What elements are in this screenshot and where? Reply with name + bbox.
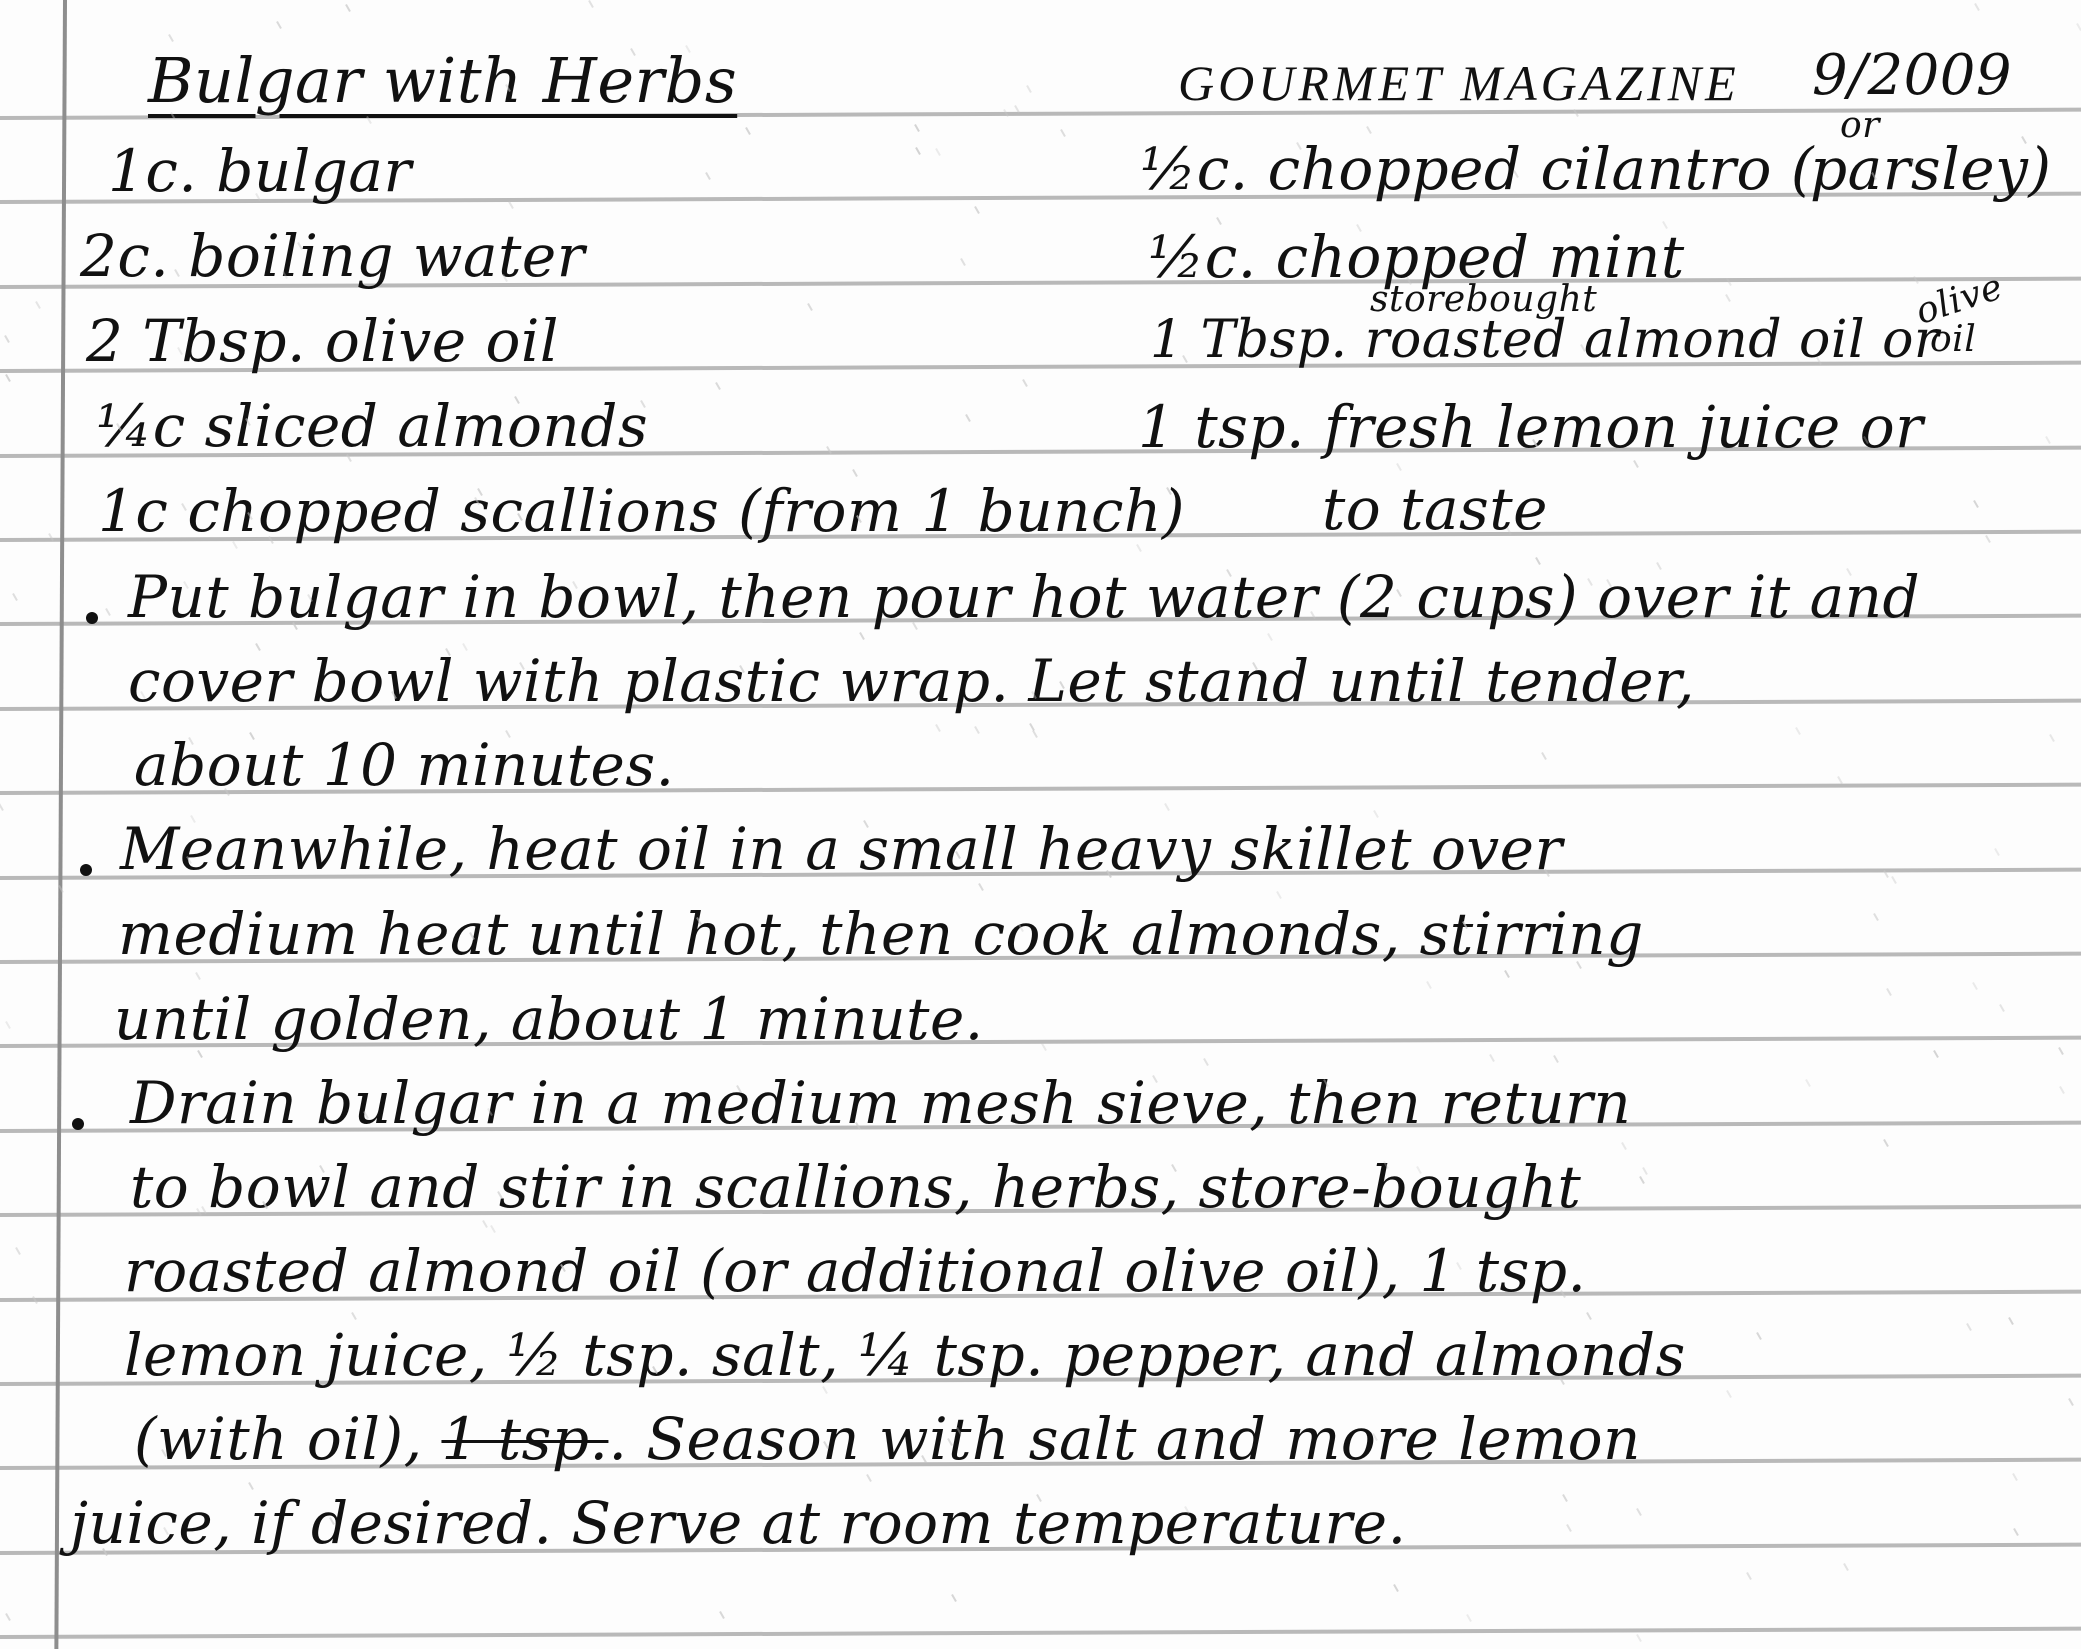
speck — [745, 127, 751, 135]
margin-line — [54, 0, 67, 1649]
speck — [490, 1225, 496, 1233]
speck — [4, 335, 10, 343]
struck-text: 1 tsp. — [441, 1405, 608, 1473]
speck — [105, 608, 111, 616]
speck — [974, 726, 980, 734]
step-text: (with oil), — [134, 1405, 423, 1473]
step-line: Meanwhile, heat oil in a small heavy ski… — [120, 820, 1563, 878]
speck — [1843, 1563, 1849, 1571]
speck — [168, 34, 174, 42]
step-line: medium heat until hot, then cook almonds… — [118, 905, 1644, 963]
speck — [0, 803, 4, 811]
speck — [508, 201, 514, 209]
ingredient-right: to taste — [1322, 480, 1548, 538]
speck — [1060, 129, 1066, 137]
speck — [15, 1247, 21, 1255]
step-line: (with oil), 1 tsp.. Season with salt and… — [134, 1410, 1641, 1468]
speck — [1805, 1079, 1811, 1087]
speck — [1203, 1058, 1209, 1066]
speck — [1999, 1004, 2005, 1012]
speck — [915, 147, 921, 155]
step-line: to bowl and stir in scallions, herbs, st… — [130, 1158, 1581, 1216]
step-text: . Season with salt and more lemon — [608, 1405, 1640, 1473]
speck — [1974, 3, 1980, 11]
speck — [35, 301, 41, 309]
speck — [5, 374, 11, 382]
step-line: cover bowl with plastic wrap. Let stand … — [128, 652, 1695, 710]
speck — [1725, 294, 1731, 302]
speck — [1396, 463, 1402, 471]
speck — [1562, 1494, 1568, 1502]
speck — [1164, 803, 1170, 811]
speck — [1032, 730, 1038, 738]
speck — [2049, 734, 2055, 742]
recipe-source: GOURMET MAGAZINE — [1178, 58, 1740, 108]
speck — [935, 148, 941, 156]
speck — [719, 1611, 725, 1619]
speck — [1267, 633, 1273, 641]
speck — [2059, 1086, 2065, 1094]
recipe-date: 9/2009 — [1812, 48, 2012, 104]
speck — [1933, 1050, 1939, 1058]
step-line: juice, if desired. Serve at room tempera… — [70, 1494, 1407, 1552]
ruled-line — [0, 1627, 2081, 1639]
speck — [1994, 848, 2000, 856]
speck — [1985, 535, 1991, 543]
speck — [1891, 876, 1897, 884]
speck — [1795, 727, 1801, 735]
speck — [1636, 1508, 1642, 1516]
speck — [807, 303, 813, 311]
speck — [859, 632, 865, 640]
ingredient-note: parsley) — [1810, 140, 2051, 198]
step-line: lemon juice, ½ tsp. salt, ¼ tsp. pepper,… — [124, 1326, 1686, 1384]
speck — [1586, 1312, 1592, 1320]
step-line: Drain bulgar in a medium mesh sieve, the… — [130, 1074, 1631, 1132]
speck — [1541, 752, 1547, 760]
speck — [974, 206, 980, 214]
speck — [1504, 970, 1510, 978]
speck — [1393, 1584, 1399, 1592]
speck — [5, 1021, 11, 1029]
speck — [852, 469, 858, 477]
speck — [1883, 1139, 1889, 1147]
speck — [195, 972, 201, 980]
bullet-icon — [86, 612, 98, 624]
bullet-icon — [80, 864, 92, 876]
ingredient-left: 2c. boiling water — [80, 227, 585, 285]
speck — [1621, 1142, 1627, 1150]
speck — [866, 1474, 872, 1482]
speck — [5, 1613, 11, 1621]
ingredient-right: 1 tsp. fresh lemon juice or — [1138, 398, 1923, 456]
bullet-icon — [72, 1118, 84, 1130]
step-line: roasted almond oil (or additional olive … — [124, 1242, 1586, 1300]
speck — [960, 258, 966, 266]
speck — [1466, 1614, 1472, 1622]
ingredient-right: ½c. chopped mint — [1148, 228, 1685, 286]
speck — [1366, 126, 1372, 134]
ingredient-left: 1c chopped scallions (from 1 bunch) — [98, 482, 1185, 540]
speck — [2068, 1398, 2074, 1406]
recipe-title: Bulgar with Herbs — [148, 50, 737, 112]
speck — [1756, 1332, 1762, 1340]
speck — [1639, 1176, 1645, 1184]
speck — [1726, 1390, 1732, 1398]
speck — [1636, 1634, 1642, 1642]
speck — [1873, 913, 1879, 921]
speck — [2013, 1528, 2019, 1536]
speck — [965, 414, 971, 422]
speck — [1886, 988, 1892, 996]
speck — [1022, 379, 1028, 387]
ingredient-note: oil — [1930, 322, 1976, 358]
speck — [12, 593, 18, 601]
ingredient-left: 2 Tbsp. olive oil — [86, 312, 559, 370]
speck — [1041, 1043, 1047, 1051]
speck — [1276, 891, 1282, 899]
speck — [2045, 436, 2051, 444]
speck — [1633, 460, 1639, 468]
speck — [2076, 23, 2081, 31]
speck — [1026, 85, 1032, 93]
speck — [1566, 1524, 1572, 1532]
speck — [1973, 500, 1979, 508]
step-line: about 10 minutes. — [134, 736, 675, 794]
speck — [1746, 1572, 1752, 1580]
speck — [2058, 1047, 2064, 1055]
ingredient-right: ½c. chopped cilantro ( — [1140, 140, 1814, 198]
speck — [951, 1594, 957, 1602]
speck — [935, 724, 941, 732]
speck — [1489, 1054, 1495, 1062]
speck — [1136, 544, 1142, 552]
speck — [978, 883, 984, 891]
speck — [345, 4, 351, 12]
speck — [588, 0, 594, 8]
speck — [1972, 982, 1978, 990]
speck — [715, 382, 721, 390]
speck — [2012, 1473, 2018, 1481]
speck — [482, 1220, 488, 1228]
notebook-page: Bulgar with Herbs GOURMET MAGAZINE 9/200… — [0, 0, 2081, 1649]
speck — [276, 21, 282, 29]
speck — [1642, 1167, 1648, 1175]
step-line: until golden, about 1 minute. — [114, 990, 984, 1048]
ingredient-right: 1 Tbsp. roasted almond oil or — [1150, 314, 1939, 366]
speck — [1966, 1323, 1972, 1331]
ingredient-left: ¼c sliced almonds — [96, 397, 648, 455]
ingredient-left: 1c. bulgar — [108, 142, 412, 200]
step-line: Put bulgar in bowl, then pour hot water … — [128, 568, 1920, 626]
speck — [1426, 981, 1432, 989]
speck — [351, 1312, 357, 1320]
speck — [705, 172, 711, 180]
speck — [2008, 1317, 2014, 1325]
speck — [914, 124, 920, 132]
speck — [1553, 1055, 1559, 1063]
